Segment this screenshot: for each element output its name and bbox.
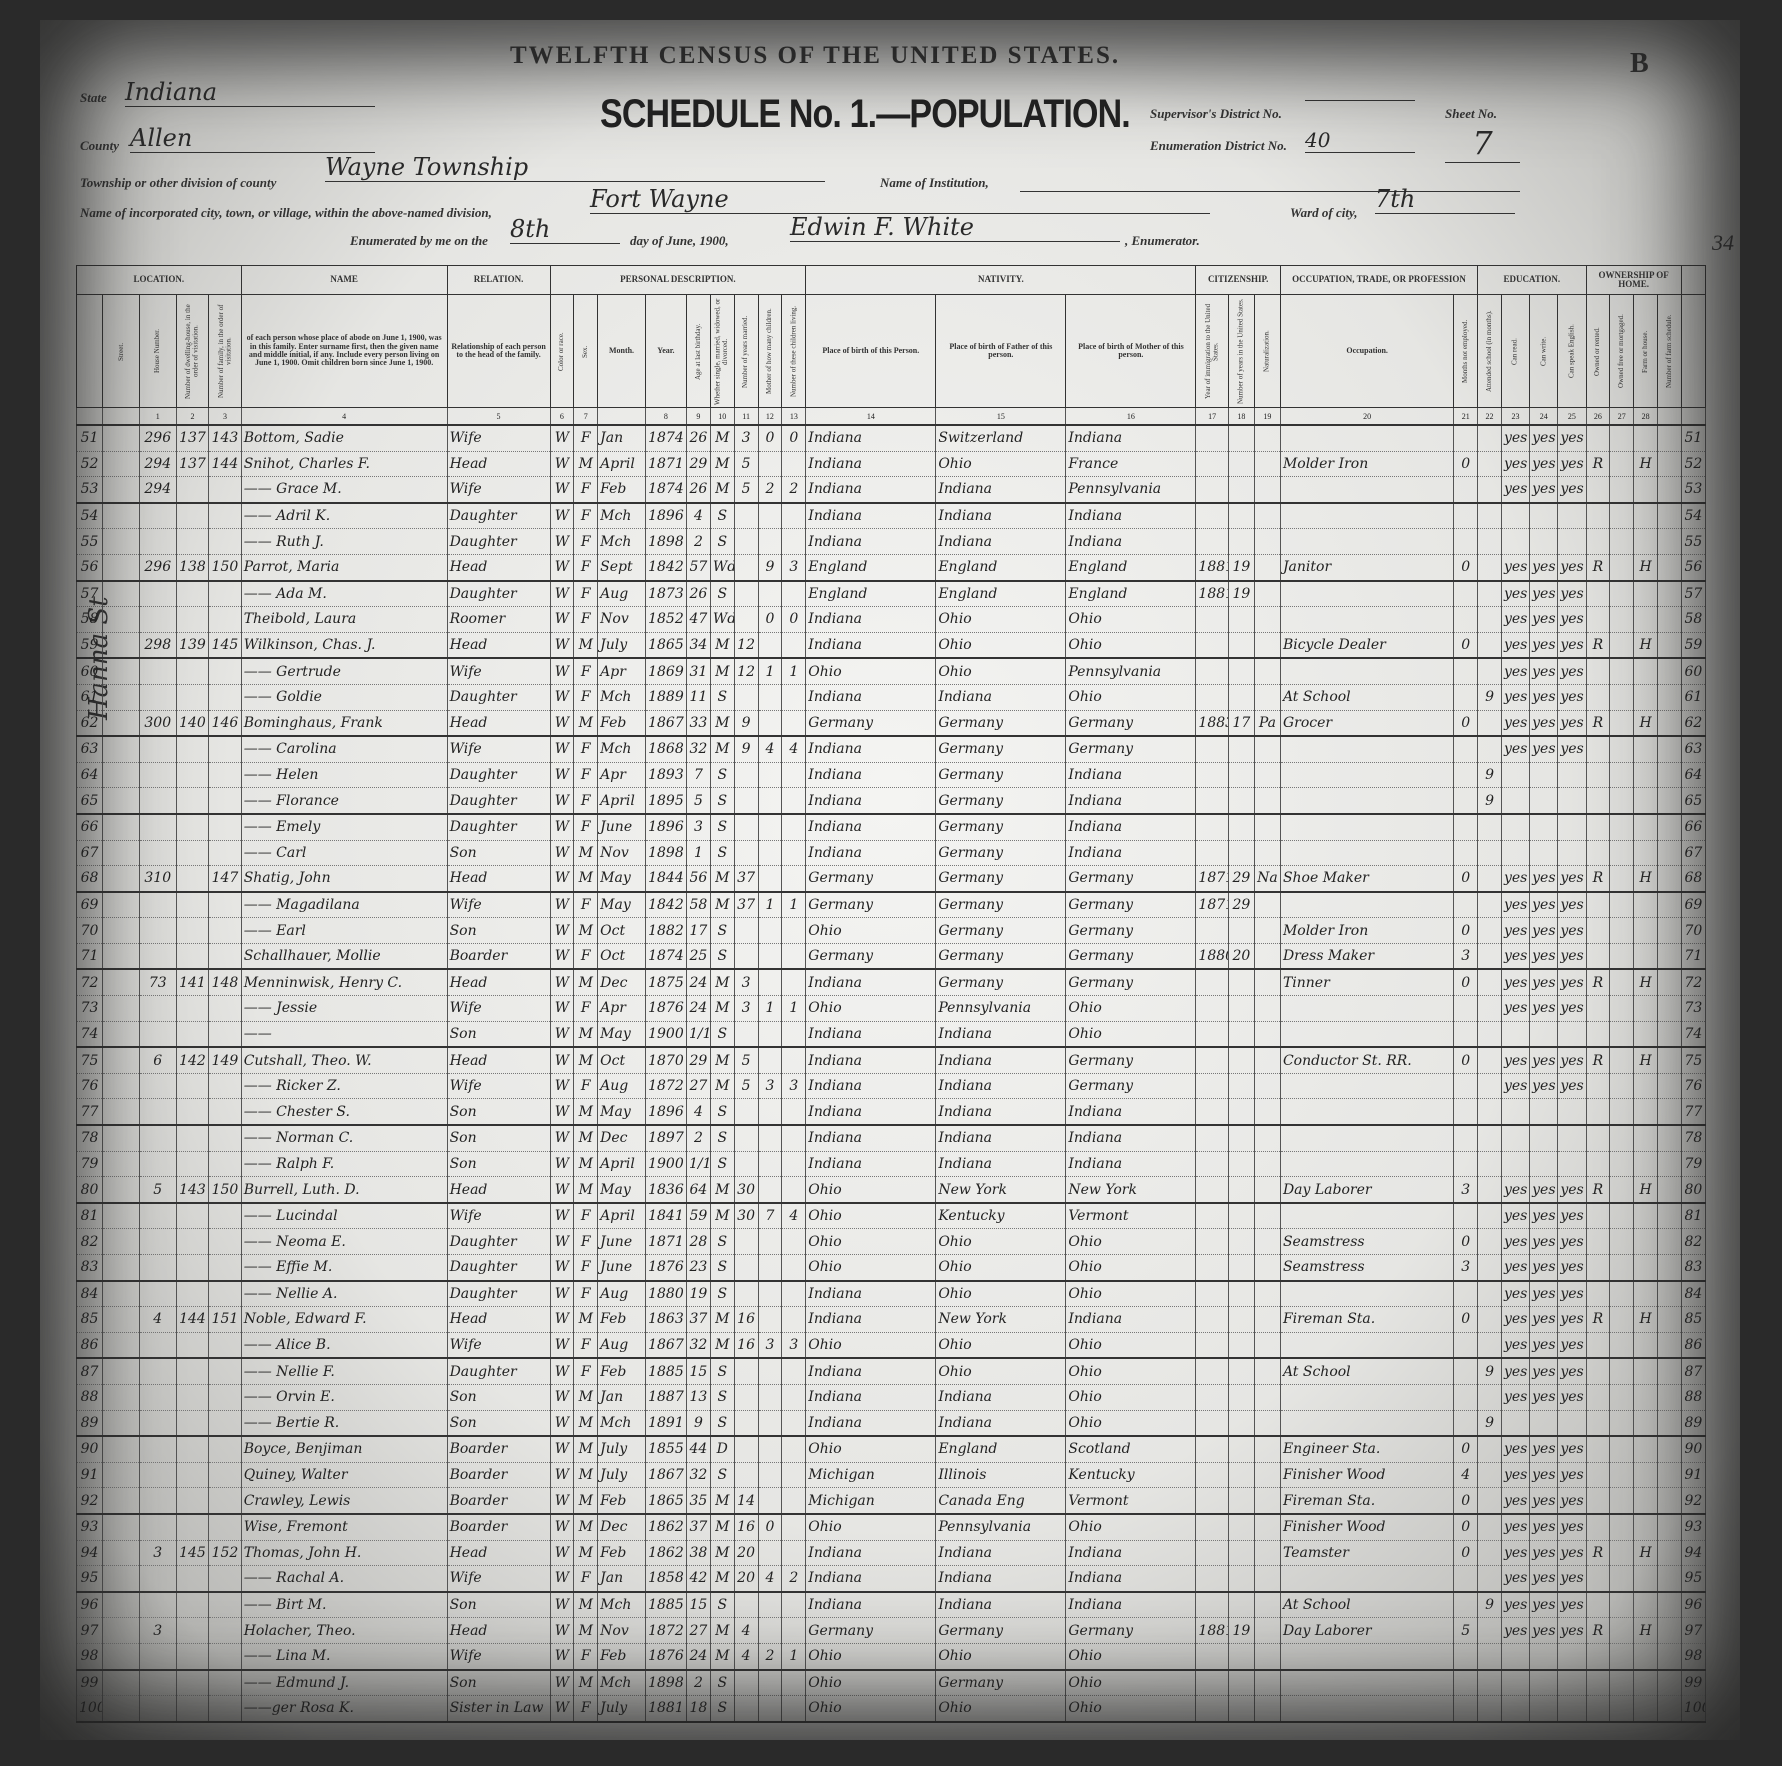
- farm-house: H: [1634, 1177, 1658, 1203]
- street: [103, 1592, 140, 1618]
- birthplace-person: Germany: [806, 710, 936, 736]
- col-naturalization: Naturalization.: [1254, 295, 1280, 408]
- free-mortgaged: [1610, 1099, 1634, 1125]
- table-row: 90Boyce, BenjimanBoarderWMJuly185544DOhi…: [77, 1436, 1706, 1462]
- children-living: [782, 684, 806, 710]
- enumerated-suffix: day of June, 1900,: [630, 233, 729, 249]
- free-mortgaged: [1610, 1540, 1634, 1566]
- immigration-year: [1196, 684, 1229, 710]
- column-number: 26: [1586, 408, 1610, 426]
- occupation: [1280, 425, 1453, 451]
- dwelling-number: [176, 658, 209, 684]
- birth-year: 1842: [645, 892, 686, 918]
- col-farm-house: Farm or house.: [1634, 295, 1658, 408]
- family-number: [209, 892, 242, 918]
- naturalization: [1254, 1151, 1280, 1177]
- can-speak-english: yes: [1558, 918, 1586, 944]
- birth-month: July: [598, 1696, 646, 1722]
- street: [103, 1177, 140, 1203]
- can-speak-english: yes: [1558, 1177, 1586, 1203]
- person-name: Noble, Edward F.: [241, 1307, 447, 1333]
- table-row: 51296137143Bottom, SadieWifeWFJan187426M…: [77, 425, 1706, 451]
- months-unemployed: 0: [1454, 918, 1478, 944]
- sex: F: [574, 736, 598, 762]
- free-mortgaged: [1610, 425, 1634, 451]
- dwelling-number: [176, 1021, 209, 1047]
- immigration-year: [1196, 1125, 1229, 1151]
- column-number: 28: [1634, 408, 1658, 426]
- marital-status: M: [710, 892, 734, 918]
- can-speak-english: yes: [1558, 1592, 1586, 1618]
- owned-rented: [1586, 1332, 1610, 1358]
- birthplace-father: Switzerland: [936, 425, 1066, 451]
- free-mortgaged: [1610, 814, 1634, 840]
- owned-rented: [1586, 1125, 1610, 1151]
- table-row: 98—— Lina M.WifeWFFeb187624M421OhioOhioO…: [77, 1643, 1706, 1669]
- occupation: Shoe Maker: [1280, 866, 1453, 892]
- street: [103, 503, 140, 529]
- years-in-us: [1228, 477, 1254, 503]
- col-name-desc: of each person whose place of abode on J…: [241, 295, 447, 408]
- column-number: 19: [1254, 408, 1280, 426]
- house-number: [139, 918, 176, 944]
- sex: F: [574, 892, 598, 918]
- birthplace-mother: Kentucky: [1066, 1462, 1196, 1488]
- sex: F: [574, 658, 598, 684]
- farm-schedule: [1658, 451, 1682, 477]
- children-living: [782, 1307, 806, 1333]
- can-read: yes: [1501, 1047, 1529, 1073]
- color: W: [550, 1021, 574, 1047]
- occupation: [1280, 996, 1453, 1022]
- can-speak-english: [1558, 788, 1586, 814]
- line-number: 58: [77, 607, 103, 633]
- column-number: 10: [710, 408, 734, 426]
- col-street: Street.: [103, 295, 140, 408]
- column-number: 14: [806, 408, 936, 426]
- dwelling-number: [176, 840, 209, 866]
- line-number-right: 94: [1681, 1540, 1705, 1566]
- relation: Wife: [447, 1643, 550, 1669]
- line-number-right: 68: [1681, 866, 1705, 892]
- street: [103, 736, 140, 762]
- table-row: 64—— HelenDaughterWFApr18937SIndianaGerm…: [77, 762, 1706, 788]
- birth-month: Aug: [598, 581, 646, 607]
- occupation: [1280, 1566, 1453, 1592]
- can-write: yes: [1530, 1358, 1558, 1384]
- sex: M: [574, 1047, 598, 1073]
- years-in-us: [1228, 1358, 1254, 1384]
- age: 56: [687, 866, 711, 892]
- col-can-read: Can read.: [1501, 295, 1529, 408]
- birth-year: 1862: [645, 1540, 686, 1566]
- can-write: [1530, 503, 1558, 529]
- naturalization: [1254, 1358, 1280, 1384]
- owned-rented: R: [1586, 1540, 1610, 1566]
- col-immigration-year: Year of immigration to the United States…: [1196, 295, 1229, 408]
- children-living: 0: [782, 425, 806, 451]
- years-in-us: [1228, 1540, 1254, 1566]
- section-occupation: OCCUPATION, TRADE, OR PROFESSION: [1280, 266, 1477, 295]
- farm-house: H: [1634, 554, 1658, 580]
- farm-schedule: [1658, 1203, 1682, 1229]
- naturalization: [1254, 632, 1280, 658]
- can-read: yes: [1501, 477, 1529, 503]
- color: W: [550, 710, 574, 736]
- attended-school: 9: [1478, 1592, 1502, 1618]
- years-in-us: [1228, 1488, 1254, 1514]
- can-write: [1530, 1643, 1558, 1669]
- table-row: 84—— Nellie A.DaughterWFAug188019SIndian…: [77, 1281, 1706, 1307]
- family-number: [209, 1332, 242, 1358]
- farm-schedule: [1658, 1073, 1682, 1099]
- years-in-us: [1228, 788, 1254, 814]
- mother-of: [758, 710, 782, 736]
- birth-month: Dec: [598, 1125, 646, 1151]
- color: W: [550, 1177, 574, 1203]
- dwelling-number: [176, 736, 209, 762]
- birth-year: 1893: [645, 762, 686, 788]
- can-read: yes: [1501, 1540, 1529, 1566]
- table-row: 756142149Cutshall, Theo. W.HeadWMOct1870…: [77, 1047, 1706, 1073]
- dwelling-number: [176, 1384, 209, 1410]
- age: 37: [687, 1307, 711, 1333]
- census-sheet: TWELFTH CENSUS OF THE UNITED STATES. B S…: [40, 20, 1740, 1740]
- birthplace-father: Indiana: [936, 684, 1066, 710]
- children-living: [782, 943, 806, 969]
- can-speak-english: yes: [1558, 477, 1586, 503]
- naturalization: [1254, 788, 1280, 814]
- relation: Son: [447, 1021, 550, 1047]
- dwelling-number: [176, 1462, 209, 1488]
- birth-month: Feb: [598, 1488, 646, 1514]
- occupation: Bicycle Dealer: [1280, 632, 1453, 658]
- years-married: 3: [734, 969, 758, 995]
- can-read: [1501, 840, 1529, 866]
- sex: M: [574, 1099, 598, 1125]
- farm-house: [1634, 684, 1658, 710]
- naturalization: [1254, 684, 1280, 710]
- dwelling-number: [176, 814, 209, 840]
- mother-of: [758, 918, 782, 944]
- age: 27: [687, 1618, 711, 1644]
- children-living: [782, 1021, 806, 1047]
- attended-school: [1478, 632, 1502, 658]
- birthplace-father: Germany: [936, 969, 1066, 995]
- marital-status: S: [710, 503, 734, 529]
- birthplace-mother: Indiana: [1066, 814, 1196, 840]
- age: 34: [687, 632, 711, 658]
- occupation: [1280, 1643, 1453, 1669]
- dwelling-number: [176, 1125, 209, 1151]
- years-married: [734, 1384, 758, 1410]
- birth-month: Apr: [598, 658, 646, 684]
- birth-year: 1869: [645, 658, 686, 684]
- color: W: [550, 1436, 574, 1462]
- occupation: [1280, 503, 1453, 529]
- line-number: 81: [77, 1203, 103, 1229]
- farm-schedule: [1658, 1255, 1682, 1281]
- line-number-right: 72: [1681, 969, 1705, 995]
- age: 25: [687, 943, 711, 969]
- table-row: 78—— Norman C.SonWMDec18972SIndianaIndia…: [77, 1125, 1706, 1151]
- free-mortgaged: [1610, 1332, 1634, 1358]
- owned-rented: [1586, 529, 1610, 555]
- marital-status: M: [710, 1203, 734, 1229]
- years-married: 4: [734, 1618, 758, 1644]
- sex: F: [574, 1566, 598, 1592]
- can-speak-english: yes: [1558, 943, 1586, 969]
- marital-status: Wd: [710, 554, 734, 580]
- can-read: yes: [1501, 996, 1529, 1022]
- age: 9: [687, 1410, 711, 1436]
- attended-school: [1478, 554, 1502, 580]
- township-label: Township or other division of county: [80, 175, 276, 191]
- naturalization: [1254, 918, 1280, 944]
- relation: Head: [447, 1307, 550, 1333]
- children-living: 4: [782, 1203, 806, 1229]
- age: 4: [687, 503, 711, 529]
- immigration-year: [1196, 1099, 1229, 1125]
- farm-house: [1634, 1099, 1658, 1125]
- house-number: [139, 788, 176, 814]
- sex: M: [574, 918, 598, 944]
- naturalization: [1254, 1281, 1280, 1307]
- can-speak-english: yes: [1558, 736, 1586, 762]
- immigration-year: [1196, 425, 1229, 451]
- person-name: —— Chester S.: [241, 1099, 447, 1125]
- dwelling-number: 144: [176, 1307, 209, 1333]
- house-number: [139, 1462, 176, 1488]
- free-mortgaged: [1610, 918, 1634, 944]
- sex: F: [574, 1643, 598, 1669]
- birthplace-mother: Indiana: [1066, 788, 1196, 814]
- col-attended-school: Attended school (in months).: [1478, 295, 1502, 408]
- mother-of: 2: [758, 477, 782, 503]
- color: W: [550, 1151, 574, 1177]
- sex: F: [574, 1229, 598, 1255]
- attended-school: [1478, 710, 1502, 736]
- house-number: [139, 1384, 176, 1410]
- years-married: 14: [734, 1488, 758, 1514]
- color: W: [550, 658, 574, 684]
- birthplace-mother: Indiana: [1066, 1540, 1196, 1566]
- family-number: [209, 1566, 242, 1592]
- farm-house: [1634, 1410, 1658, 1436]
- can-speak-english: yes: [1558, 866, 1586, 892]
- farm-schedule: [1658, 943, 1682, 969]
- street: [103, 1125, 140, 1151]
- immigration-year: [1196, 788, 1229, 814]
- family-number: [209, 996, 242, 1022]
- farm-house: [1634, 658, 1658, 684]
- birth-month: July: [598, 632, 646, 658]
- col-occupation: Occupation.: [1280, 295, 1453, 408]
- occupation: Finisher Wood: [1280, 1514, 1453, 1540]
- can-write: [1530, 1670, 1558, 1696]
- birthplace-mother: Ohio: [1066, 1384, 1196, 1410]
- occupation: [1280, 1021, 1453, 1047]
- years-in-us: 29: [1228, 892, 1254, 918]
- person-name: Crawley, Lewis: [241, 1488, 447, 1514]
- children-living: 1: [782, 658, 806, 684]
- age: 38: [687, 1540, 711, 1566]
- dwelling-number: 142: [176, 1047, 209, 1073]
- family-number: [209, 1203, 242, 1229]
- children-living: [782, 969, 806, 995]
- owned-rented: [1586, 788, 1610, 814]
- column-number: 13: [782, 408, 806, 426]
- mother-of: [758, 1151, 782, 1177]
- marital-status: M: [710, 1566, 734, 1592]
- naturalization: [1254, 1514, 1280, 1540]
- years-in-us: [1228, 814, 1254, 840]
- birthplace-father: Indiana: [936, 529, 1066, 555]
- birth-year: 1867: [645, 1332, 686, 1358]
- marital-status: S: [710, 1592, 734, 1618]
- farm-house: [1634, 736, 1658, 762]
- sex: M: [574, 1488, 598, 1514]
- can-write: yes: [1530, 1307, 1558, 1333]
- can-write: yes: [1530, 1540, 1558, 1566]
- relation: Daughter: [447, 1229, 550, 1255]
- age: 59: [687, 1203, 711, 1229]
- can-read: yes: [1501, 1436, 1529, 1462]
- naturalization: [1254, 1255, 1280, 1281]
- attended-school: [1478, 658, 1502, 684]
- owned-rented: R: [1586, 554, 1610, 580]
- can-read: [1501, 1410, 1529, 1436]
- can-speak-english: yes: [1558, 425, 1586, 451]
- immigration-year: [1196, 1410, 1229, 1436]
- birthplace-mother: Indiana: [1066, 425, 1196, 451]
- years-married: [734, 1255, 758, 1281]
- birthplace-person: Indiana: [806, 529, 936, 555]
- birthplace-person: Ohio: [806, 1255, 936, 1281]
- free-mortgaged: [1610, 1410, 1634, 1436]
- birthplace-person: Germany: [806, 1618, 936, 1644]
- relation: Wife: [447, 477, 550, 503]
- years-in-us: [1228, 1643, 1254, 1669]
- occupation: Engineer Sta.: [1280, 1436, 1453, 1462]
- can-write: yes: [1530, 1281, 1558, 1307]
- attended-school: [1478, 1177, 1502, 1203]
- mother-of: [758, 1255, 782, 1281]
- free-mortgaged: [1610, 1151, 1634, 1177]
- attended-school: [1478, 1618, 1502, 1644]
- free-mortgaged: [1610, 1618, 1634, 1644]
- can-write: [1530, 1410, 1558, 1436]
- children-living: [782, 1592, 806, 1618]
- house-number: [139, 762, 176, 788]
- farm-schedule: [1658, 788, 1682, 814]
- street: [103, 1488, 140, 1514]
- birthplace-mother: Ohio: [1066, 684, 1196, 710]
- person-name: Burrell, Luth. D.: [241, 1177, 447, 1203]
- naturalization: [1254, 996, 1280, 1022]
- naturalization: [1254, 1592, 1280, 1618]
- years-in-us: [1228, 1696, 1254, 1722]
- relation: Son: [447, 1125, 550, 1151]
- dwelling-number: 138: [176, 554, 209, 580]
- birth-month: June: [598, 814, 646, 840]
- sex: F: [574, 1281, 598, 1307]
- birthplace-father: Ohio: [936, 1255, 1066, 1281]
- line-number: 96: [77, 1592, 103, 1618]
- birthplace-person: Germany: [806, 866, 936, 892]
- enumerator-label: , Enumerator.: [1125, 233, 1200, 249]
- person-name: Holacher, Theo.: [241, 1618, 447, 1644]
- owned-rented: R: [1586, 1177, 1610, 1203]
- line-number: 91: [77, 1462, 103, 1488]
- can-read: [1501, 1125, 1529, 1151]
- naturalization: [1254, 1099, 1280, 1125]
- naturalization: [1254, 969, 1280, 995]
- farm-schedule: [1658, 607, 1682, 633]
- house-number: [139, 1488, 176, 1514]
- line-number: 69: [77, 892, 103, 918]
- birthplace-mother: Indiana: [1066, 503, 1196, 529]
- occupation: [1280, 762, 1453, 788]
- can-speak-english: yes: [1558, 969, 1586, 995]
- years-married: [734, 607, 758, 633]
- months-unemployed: [1454, 1073, 1478, 1099]
- can-read: [1501, 529, 1529, 555]
- street: [103, 866, 140, 892]
- months-unemployed: [1454, 477, 1478, 503]
- can-read: yes: [1501, 607, 1529, 633]
- birthplace-person: Indiana: [806, 1099, 936, 1125]
- free-mortgaged: [1610, 1047, 1634, 1073]
- col-birth-father: Place of birth of Father of this person.: [936, 295, 1066, 408]
- months-unemployed: [1454, 1332, 1478, 1358]
- family-number: [209, 1384, 242, 1410]
- house-number: [139, 1255, 176, 1281]
- line-number: 78: [77, 1125, 103, 1151]
- can-read: yes: [1501, 1307, 1529, 1333]
- dwelling-number: 137: [176, 451, 209, 477]
- color: W: [550, 1592, 574, 1618]
- mother-of: [758, 529, 782, 555]
- children-living: [782, 840, 806, 866]
- farm-house: H: [1634, 710, 1658, 736]
- color: W: [550, 1540, 574, 1566]
- person-name: —— Rachal A.: [241, 1566, 447, 1592]
- occupation: Conductor St. RR.: [1280, 1047, 1453, 1073]
- years-married: [734, 1670, 758, 1696]
- family-number: [209, 1436, 242, 1462]
- city-field: Fort Wayne: [590, 185, 1210, 214]
- family-number: [209, 918, 242, 944]
- children-living: [782, 1618, 806, 1644]
- house-number: [139, 1670, 176, 1696]
- color: W: [550, 477, 574, 503]
- dwelling-number: [176, 1436, 209, 1462]
- person-name: ——: [241, 1021, 447, 1047]
- birth-month: Feb: [598, 1643, 646, 1669]
- line-number-right: 60: [1681, 658, 1705, 684]
- owned-rented: R: [1586, 866, 1610, 892]
- naturalization: [1254, 1540, 1280, 1566]
- age: 15: [687, 1592, 711, 1618]
- owned-rented: [1586, 814, 1610, 840]
- birthplace-person: Ohio: [806, 1332, 936, 1358]
- birthplace-person: Indiana: [806, 1307, 936, 1333]
- color: W: [550, 554, 574, 580]
- line-number: 94: [77, 1540, 103, 1566]
- months-unemployed: 0: [1454, 710, 1478, 736]
- can-write: yes: [1530, 1073, 1558, 1099]
